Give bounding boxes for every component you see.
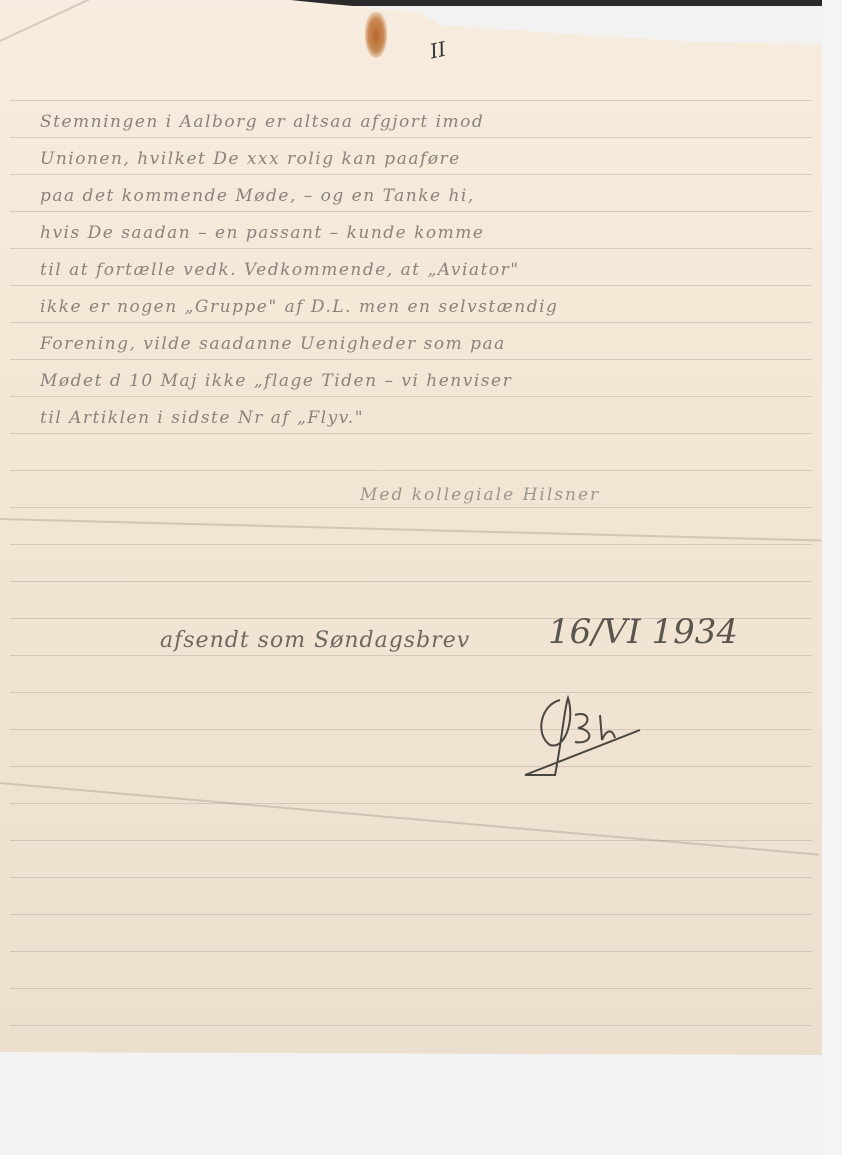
paper-fold bbox=[0, 0, 272, 42]
body-line: til Artiklen i sidste Nr af „Flyv." bbox=[40, 408, 364, 428]
body-line: Forening, vilde saadanne Uenigheder som … bbox=[40, 334, 506, 354]
ruled-line bbox=[10, 100, 812, 101]
ruled-line bbox=[10, 544, 812, 545]
body-line: Mødet d 10 Maj ikke „flage Tiden – vi he… bbox=[40, 371, 512, 391]
ruled-line bbox=[10, 137, 812, 138]
ruled-line bbox=[10, 470, 812, 471]
letter-page: II Stemningen i Aalborg er altsaa afgjor… bbox=[0, 0, 822, 1055]
page-marker: II bbox=[428, 37, 448, 64]
rust-stain bbox=[365, 12, 387, 58]
ruled-line bbox=[10, 322, 812, 323]
ruled-line bbox=[10, 174, 812, 175]
ruled-line bbox=[10, 359, 812, 360]
body-line: Stemningen i Aalborg er altsaa afgjort i… bbox=[40, 112, 484, 132]
ruled-line bbox=[10, 248, 812, 249]
scanner-margin bbox=[822, 0, 842, 1155]
ruled-line bbox=[10, 655, 812, 656]
body-line: Unionen, hvilket De xxx rolig kan paafør… bbox=[40, 149, 461, 169]
ruled-line bbox=[10, 729, 812, 730]
ruled-line bbox=[10, 211, 812, 212]
paper-fold bbox=[0, 782, 819, 856]
scanner-edge bbox=[280, 0, 842, 6]
ruled-line bbox=[10, 877, 812, 878]
body-line: hvis De saadan – en passant – kunde komm… bbox=[40, 223, 484, 243]
body-line: ikke er nogen „Gruppe" af D.L. men en se… bbox=[40, 297, 558, 317]
ruled-line bbox=[10, 581, 812, 582]
ruled-line bbox=[10, 433, 812, 434]
ruled-line bbox=[10, 914, 812, 915]
ruled-line bbox=[10, 988, 812, 989]
ruled-line bbox=[10, 803, 812, 804]
closing-salutation: Med kollegiale Hilsner bbox=[360, 485, 600, 505]
ruled-line bbox=[10, 285, 812, 286]
ruled-line bbox=[10, 766, 812, 767]
paper-fold bbox=[0, 518, 822, 542]
ruled-line bbox=[10, 840, 812, 841]
body-line: paa det kommende Møde, – og en Tanke hi, bbox=[40, 186, 475, 206]
ruled-line bbox=[10, 396, 812, 397]
sent-note: afsendt som Søndagsbrev bbox=[160, 628, 470, 653]
letter-date: 16/VI 1934 bbox=[548, 612, 738, 652]
signature bbox=[520, 690, 650, 780]
ruled-line bbox=[10, 951, 812, 952]
ruled-line bbox=[10, 507, 812, 508]
ruled-line bbox=[10, 692, 812, 693]
ruled-line bbox=[10, 1025, 812, 1026]
body-line: til at fortælle vedk. Vedkommende, at „A… bbox=[40, 260, 520, 280]
